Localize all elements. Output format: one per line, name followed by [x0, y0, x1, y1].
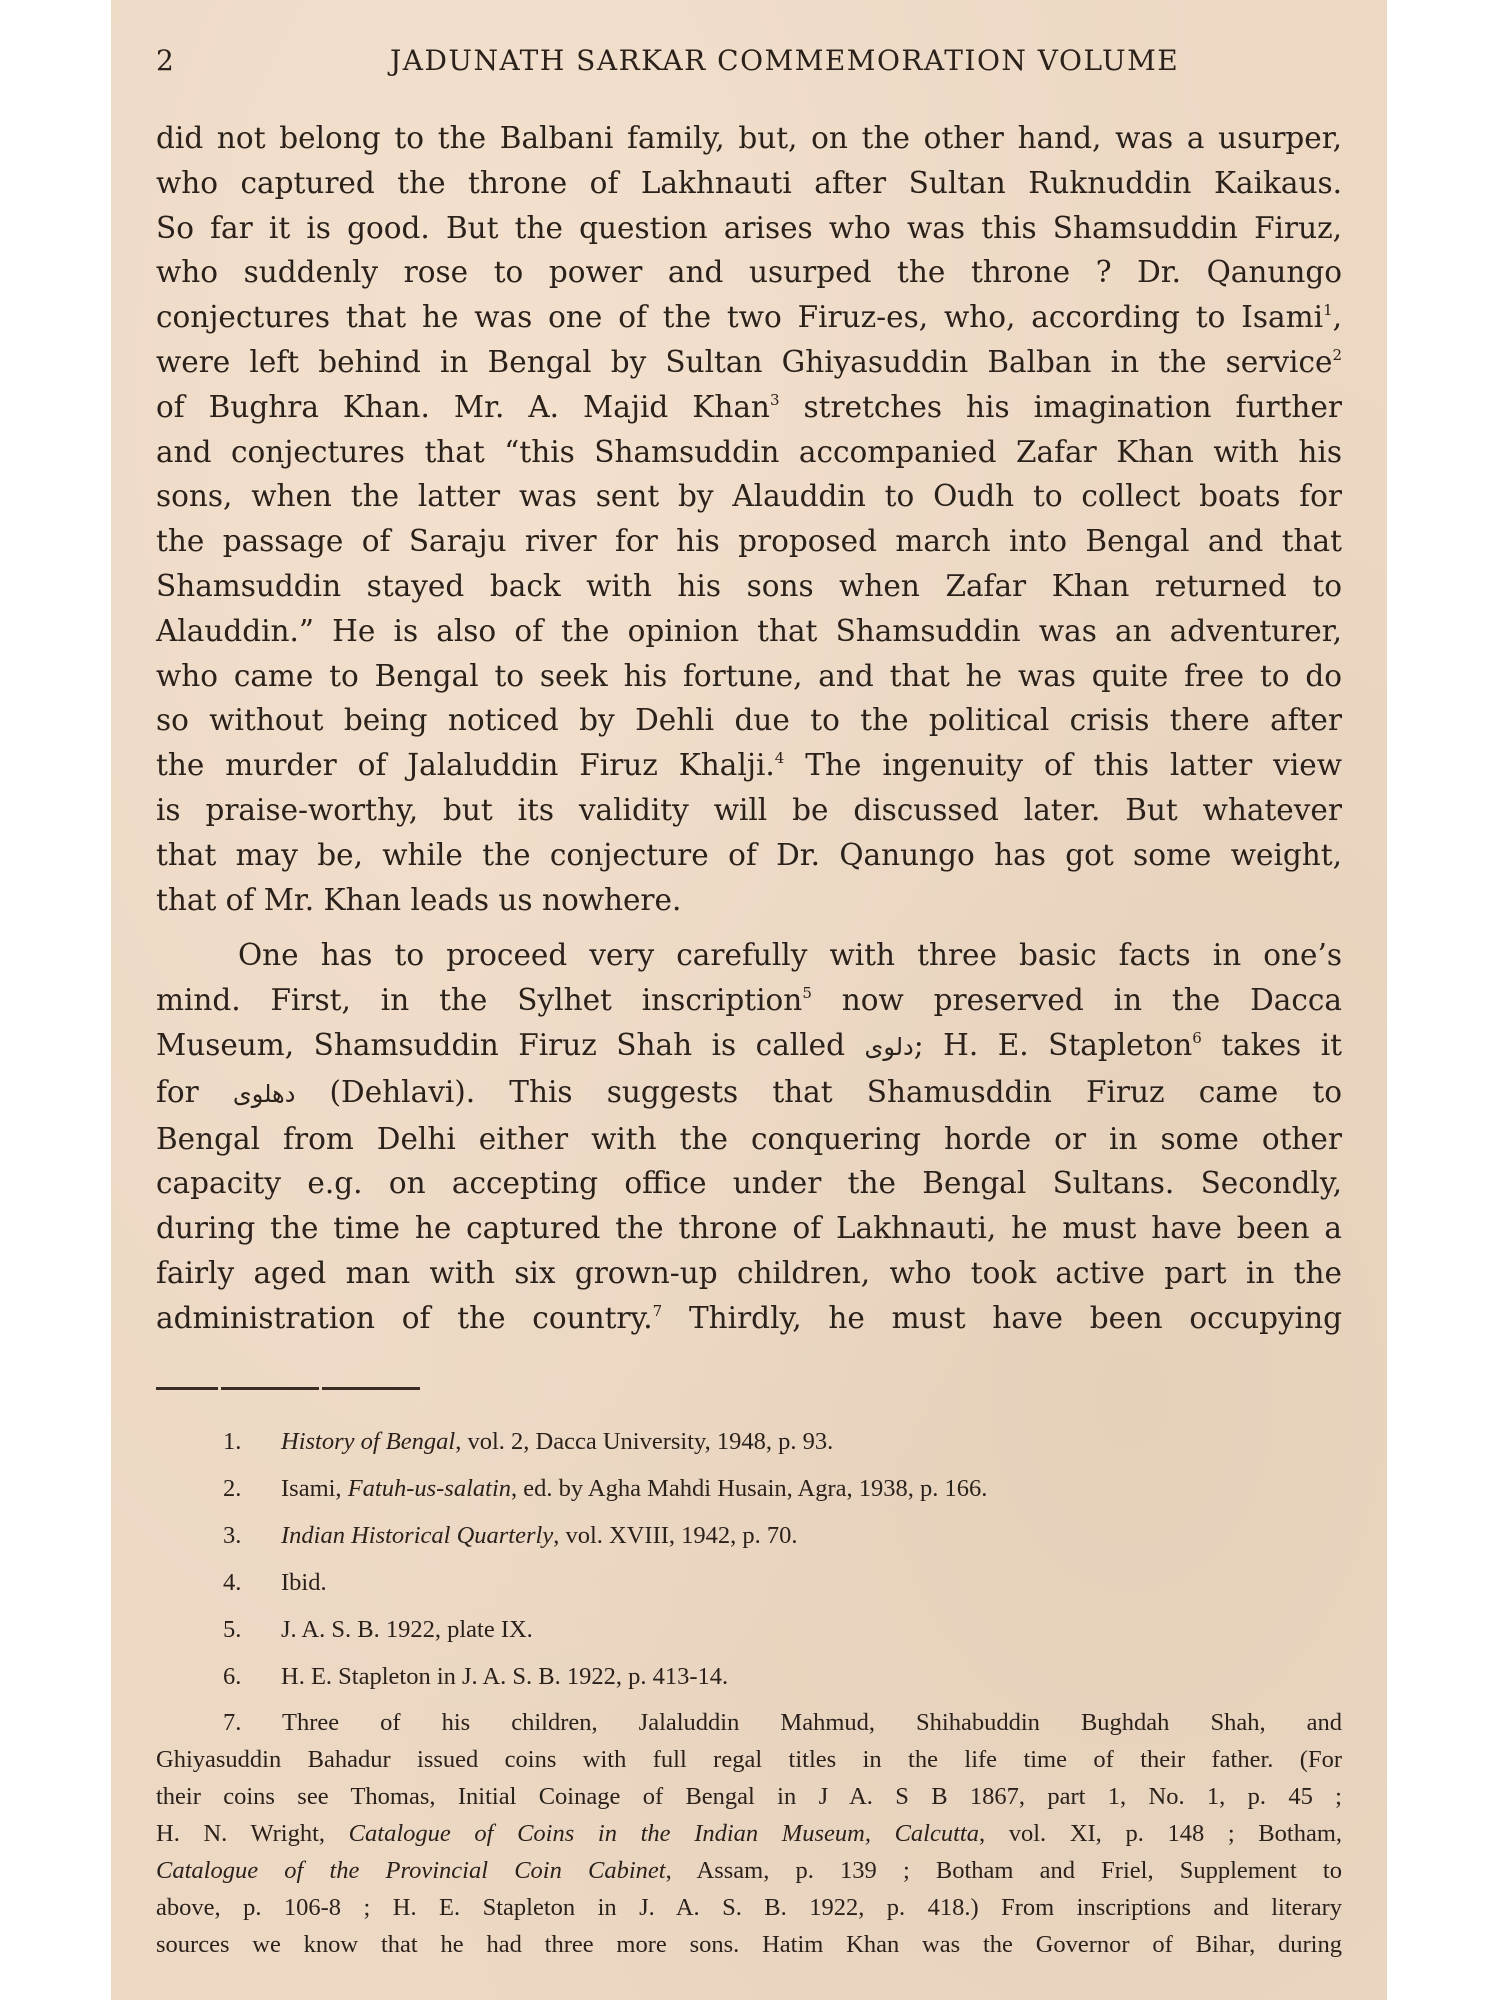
text-line: mind. First, in the Sylhet inscription5 … — [156, 978, 1342, 1023]
page-number: 2 — [156, 44, 175, 77]
footnote-ref[interactable]: 7 — [653, 1302, 663, 1320]
text-line: who captured the throne of Lakhnauti aft… — [156, 161, 1342, 206]
footnote-2: 2. Isami, Fatuh-us-salatin, ed. by Agha … — [156, 1465, 1342, 1512]
footnote-title: History of Bengal — [281, 1428, 455, 1455]
arabic-word-dehlavi: دهلوی — [233, 1080, 295, 1108]
footnotes: 1. History of Bengal, vol. 2, Dacca Univ… — [156, 1418, 1342, 1963]
rule-segment — [322, 1387, 420, 1390]
running-head: 2 JADUNATH SARKAR COMMEMORATION VOLUME — [156, 44, 1342, 84]
footnote-ref[interactable]: 3 — [770, 391, 780, 409]
footnote-number: 6. — [223, 1653, 241, 1700]
footnote-number: 3. — [223, 1512, 241, 1559]
footnote-5: 5. J. A. S. B. 1922, plate IX. — [156, 1606, 1342, 1653]
footnote-ref[interactable]: 4 — [775, 749, 785, 767]
text-line: for دهلوی (Dehlavi). This suggests that … — [156, 1070, 1342, 1117]
body-text: did not belong to the Balbani family, bu… — [156, 116, 1342, 1341]
text-line: Alauddin.” He is also of the opinion tha… — [156, 609, 1342, 654]
text-line: who suddenly rose to power and usurped t… — [156, 250, 1342, 295]
footnote-3: 3. Indian Historical Quarterly, vol. XVI… — [156, 1512, 1342, 1559]
paragraph-2: One has to proceed very carefully with t… — [156, 933, 1342, 1340]
text-line: One has to proceed very carefully with t… — [156, 933, 1342, 978]
text-line: were left behind in Bengal by Sultan Ghi… — [156, 340, 1342, 385]
footnote-1: 1. History of Bengal, vol. 2, Dacca Univ… — [156, 1418, 1342, 1465]
footnote-number: 7. — [223, 1709, 241, 1736]
text-line: that of Mr. Khan leads us nowhere. — [156, 878, 1342, 923]
footnote-title: Fatuh-us-salatin — [348, 1475, 511, 1502]
text-line: Museum, Shamsuddin Firuz Shah is called … — [156, 1023, 1342, 1070]
footnote-line: 7. Three of his children, Jalaluddin Mah… — [156, 1704, 1342, 1741]
text-line: is praise-worthy, but its validity will … — [156, 788, 1342, 833]
footnote-line: sources we know that he had three more s… — [156, 1926, 1342, 1963]
footnote-ref[interactable]: 2 — [1332, 346, 1342, 364]
text-line: and conjectures that “this Shamsuddin ac… — [156, 430, 1342, 475]
text-line: the murder of Jalaluddin Firuz Khalji.4 … — [156, 743, 1342, 788]
footnote-title: Catalogue of Coins in the Indian Museum,… — [349, 1820, 979, 1847]
text-line: capacity e.g. on accepting office under … — [156, 1161, 1342, 1206]
rule-segment — [156, 1387, 218, 1390]
footnote-6: 6. H. E. Stapleton in J. A. S. B. 1922, … — [156, 1653, 1342, 1700]
footnote-line: Catalogue of the Provincial Coin Cabinet… — [156, 1852, 1342, 1889]
arabic-word-dalvi: دلوی — [865, 1033, 914, 1061]
text-line: did not belong to the Balbani family, bu… — [156, 116, 1342, 161]
text-line: Shamsuddin stayed back with his sons whe… — [156, 564, 1342, 609]
text-line: fairly aged man with six grown-up childr… — [156, 1251, 1342, 1296]
footnote-line: their coins see Thomas, Initial Coinage … — [156, 1778, 1342, 1815]
text-line: So far it is good. But the question aris… — [156, 206, 1342, 251]
footnote-number: 4. — [223, 1559, 241, 1606]
footnote-ref[interactable]: 1 — [1323, 301, 1333, 319]
footnote-ref[interactable]: 6 — [1192, 1029, 1202, 1047]
running-title: JADUNATH SARKAR COMMEMORATION VOLUME — [390, 44, 1179, 77]
paragraph-1: did not belong to the Balbani family, bu… — [156, 116, 1342, 922]
footnote-line: above, p. 106-8 ; H. E. Stapleton in J. … — [156, 1889, 1342, 1926]
footnote-number: 1. — [223, 1418, 241, 1465]
footnote-line: Ghiyasuddin Bahadur issued coins with fu… — [156, 1741, 1342, 1778]
text-line: the passage of Saraju river for his prop… — [156, 519, 1342, 564]
text-line: who came to Bengal to seek his fortune, … — [156, 654, 1342, 699]
footnote-ref[interactable]: 5 — [802, 984, 812, 1002]
text-line: that may be, while the conjecture of Dr.… — [156, 833, 1342, 878]
footnote-number: 5. — [223, 1606, 241, 1653]
text-line: of Bughra Khan. Mr. A. Majid Khan3 stret… — [156, 385, 1342, 430]
text-line: during the time he captured the throne o… — [156, 1206, 1342, 1251]
footnote-number: 2. — [223, 1465, 241, 1512]
footnote-7: 7. Three of his children, Jalaluddin Mah… — [156, 1704, 1342, 1963]
footnote-line: H. N. Wright, Catalogue of Coins in the … — [156, 1815, 1342, 1852]
text-line: Bengal from Delhi either with the conque… — [156, 1117, 1342, 1162]
book-page: 2 JADUNATH SARKAR COMMEMORATION VOLUME d… — [111, 0, 1387, 2000]
text-line: so without being noticed by Dehli due to… — [156, 698, 1342, 743]
text-line: sons, when the latter was sent by Alaudd… — [156, 474, 1342, 519]
footnote-title: Catalogue of the Provincial Coin Cabinet — [156, 1857, 666, 1884]
text-line: administration of the country.7 Thirdly,… — [156, 1296, 1342, 1341]
footnote-4: 4. Ibid. — [156, 1559, 1342, 1606]
text-line: conjectures that he was one of the two F… — [156, 295, 1342, 340]
footnote-title: Indian Historical Quarterly — [281, 1522, 553, 1549]
rule-segment — [221, 1387, 319, 1390]
